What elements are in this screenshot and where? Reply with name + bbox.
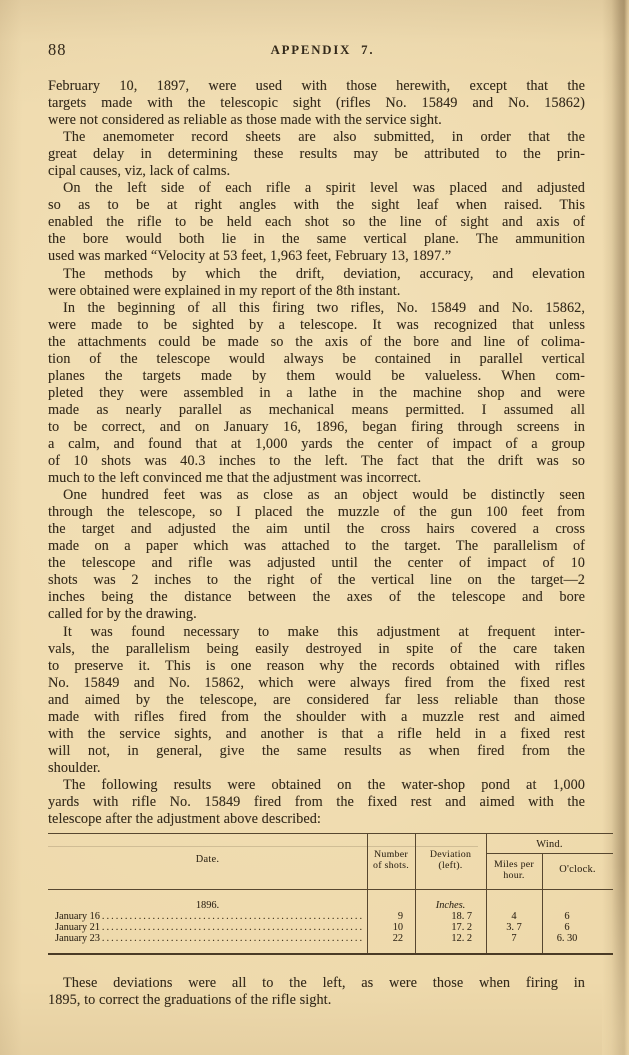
- dot-leader: [102, 911, 363, 922]
- body-line: will not, in general, give the same resu…: [48, 743, 585, 760]
- body-line: targets made with the telescopic sight (…: [48, 95, 585, 112]
- col-header-line: Miles per: [486, 859, 542, 870]
- body-line: used was marked “Velocity at 53 feet, 1,…: [48, 248, 585, 265]
- body-line: enabled the rifle to be held each shot s…: [48, 214, 585, 231]
- body-line: the attachments could be made so the axi…: [48, 334, 585, 351]
- table-row: January 211017. 23. 76: [48, 922, 613, 933]
- cell-deviation: 17. 2: [415, 922, 472, 933]
- body-line: of 10 shots was 40.3 inches to the left.…: [48, 453, 585, 470]
- body-line: with the service sights, and another is …: [48, 726, 585, 743]
- body-line: In the beginning of all this firing two …: [48, 300, 585, 317]
- body-line: The anemometer record sheets are also su…: [48, 129, 585, 146]
- body-line: telescope after the adjustment above des…: [48, 811, 585, 828]
- body-line: the target and adjusted the aim until th…: [48, 521, 585, 538]
- table-rule-bottom: [48, 953, 613, 955]
- body-line: the bore would both lie in the same vert…: [48, 231, 585, 248]
- table-rule-faint: [48, 846, 478, 847]
- col-header-date: Date.: [48, 854, 367, 865]
- date-value: January 23: [55, 933, 100, 944]
- cell-deviation: 18. 7: [415, 911, 472, 922]
- body-line: cipal causes, viz, lack of calms.: [48, 163, 585, 180]
- body-line: the telescope and rifle was adjusted unt…: [48, 555, 585, 572]
- body-line: much to the left convinced me that the a…: [48, 470, 585, 487]
- running-header: APPENDIX 7.: [60, 43, 585, 58]
- cell-miles-per-hour: 3. 7: [486, 922, 542, 933]
- body-line: The methods by which the drift, deviatio…: [48, 266, 585, 283]
- scanned-book-page: 88 APPENDIX 7. February 10, 1897, were u…: [0, 0, 629, 1055]
- wind-underline: [486, 853, 613, 854]
- body-line: The following results were obtained on t…: [48, 777, 585, 794]
- col-header-line: (left).: [415, 860, 486, 871]
- body-line: It was found necessary to make this adju…: [48, 624, 585, 641]
- cell-date: January 16: [55, 911, 363, 922]
- col-header-miles-per-hour: Miles per hour.: [486, 859, 542, 881]
- year-label: 1896.: [48, 900, 367, 911]
- col-header-line: hour.: [486, 870, 542, 881]
- body-line: tion of the telescope would always be co…: [48, 351, 585, 368]
- col-header-number-of-shots: Number of shots.: [367, 849, 415, 871]
- body-line: On the left side of each rifle a spirit …: [48, 180, 585, 197]
- dot-leader: [102, 933, 363, 944]
- cell-deviation: 12. 2: [415, 933, 472, 944]
- table-row: January 16918. 746: [48, 911, 613, 922]
- cell-number-of-shots: 22: [367, 933, 403, 944]
- masthead: 88 APPENDIX 7.: [48, 40, 585, 60]
- body-line: through the telescope, so I placed the m…: [48, 504, 585, 521]
- col-header-wind: Wind.: [486, 839, 613, 850]
- results-table: Wind. Date. Number of shots. Deviation (…: [48, 833, 613, 955]
- date-value: January 16: [55, 911, 100, 922]
- body-text: February 10, 1897, were used with those …: [48, 78, 585, 828]
- body-line: called for by the drawing.: [48, 606, 585, 623]
- body-line: yards with rifle No. 15849 fired from th…: [48, 794, 585, 811]
- body-line: and aimed by the telescope, are consider…: [48, 692, 585, 709]
- body-line: February 10, 1897, were used with those …: [48, 78, 585, 95]
- body-line: made on a paper which was attached to th…: [48, 538, 585, 555]
- body-line: One hundred feet was as close as an obje…: [48, 487, 585, 504]
- cell-number-of-shots: 10: [367, 922, 403, 933]
- body-line: were made to be sighted by a telescope. …: [48, 317, 585, 334]
- col-header-line: Deviation: [415, 849, 486, 860]
- body-line: to be correct, and on January 16, 1896, …: [48, 419, 585, 436]
- table-rule-top: [48, 833, 613, 834]
- body-line: pleted they were assembled in a lathe in…: [48, 385, 585, 402]
- cell-miles-per-hour: 7: [486, 933, 542, 944]
- col-header-oclock: O'clock.: [542, 864, 613, 875]
- cell-miles-per-hour: 4: [486, 911, 542, 922]
- cell-oclock: 6: [542, 922, 592, 933]
- body-line: No. 15849 and No. 15862, which were alwa…: [48, 675, 585, 692]
- body-line: shots was 2 inches to the right of the v…: [48, 572, 585, 589]
- col-header-deviation: Deviation (left).: [415, 849, 486, 871]
- body-line: made as nearly parallel as mechanical me…: [48, 402, 585, 419]
- body-line: were not considered as reliable as those…: [48, 112, 585, 129]
- header-separator-rule: [48, 889, 613, 890]
- date-value: January 21: [55, 922, 100, 933]
- dot-leader: [102, 922, 363, 933]
- body-line: shoulder.: [48, 760, 585, 777]
- closing-paragraph: These deviations were all to the left, a…: [48, 975, 585, 1009]
- body-line: were obtained were explained in my repor…: [48, 283, 585, 300]
- cell-oclock: 6. 30: [542, 933, 592, 944]
- unit-label: Inches.: [415, 900, 486, 911]
- cell-oclock: 6: [542, 911, 592, 922]
- cell-date: January 21: [55, 922, 363, 933]
- cell-date: January 23: [55, 933, 363, 944]
- body-line: 1895, to correct the graduations of the …: [48, 992, 585, 1009]
- body-line: These deviations were all to the left, a…: [48, 975, 585, 992]
- body-line: a calm, and found that at 1,000 yards th…: [48, 436, 585, 453]
- col-header-line: Number: [367, 849, 415, 860]
- body-line: planes the targets made by them would be…: [48, 368, 585, 385]
- col-header-line: of shots.: [367, 860, 415, 871]
- cell-number-of-shots: 9: [367, 911, 403, 922]
- body-line: to preserve it. This is one reason why t…: [48, 658, 585, 675]
- table-row: January 232212. 276. 30: [48, 933, 613, 944]
- body-line: made with rifles fired from the shoulder…: [48, 709, 585, 726]
- body-line: vals, the parallelism being easily destr…: [48, 641, 585, 658]
- body-line: inches being the distance between the ax…: [48, 589, 585, 606]
- body-line: great delay in determining these results…: [48, 146, 585, 163]
- body-line: so as to be at right angles with the sig…: [48, 197, 585, 214]
